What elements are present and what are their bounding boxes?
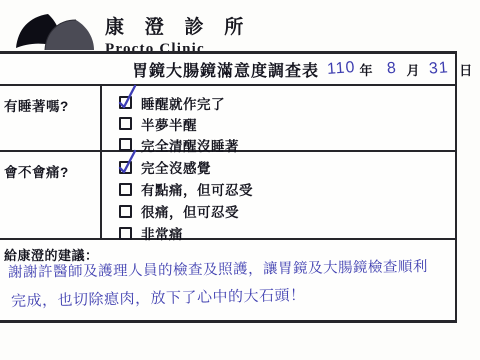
option-label: 睡醒就作完了	[141, 93, 225, 113]
question-row-sleep: 有睡著嗎? 睡醒就作完了 半夢半醒 完全清醒沒睡著	[0, 86, 455, 152]
date-year-unit: 年	[360, 60, 373, 79]
checkbox-icon	[119, 96, 132, 109]
checkbox-icon	[119, 161, 132, 174]
options-group: 睡醒就作完了 半夢半醒 完全清醒沒睡著	[102, 86, 239, 150]
checkbox-icon	[119, 205, 132, 218]
option-label: 半夢半醒	[141, 114, 197, 134]
checkbox-icon	[119, 117, 132, 130]
checkbox-icon	[119, 138, 132, 151]
option-row: 完全沒感覺	[119, 156, 253, 178]
date-day-unit: 日	[459, 60, 472, 79]
option-row: 睡醒就作完了	[119, 92, 239, 113]
suggestion-section: 給康澄的建議： 謝謝許醫師及護理人員的檢查及照護，讓胃鏡及大腸鏡檢查順利 完成，…	[0, 240, 455, 319]
question-label: 有睡著嗎?	[0, 86, 102, 150]
option-row: 半夢半醒	[119, 113, 239, 134]
option-label: 很痛，但可忍受	[141, 201, 239, 221]
option-label: 有點痛，但可忍受	[141, 179, 253, 199]
checkbox-icon	[119, 183, 132, 196]
date-month-handwritten: 8	[386, 60, 397, 79]
form-title: 胃鏡大腸鏡滿意度調查表	[132, 58, 319, 81]
option-label: 完全沒感覺	[141, 157, 211, 177]
checkmark-ink-icon	[118, 149, 138, 175]
clinic-logo-icon	[8, 10, 102, 52]
date-day-handwritten: 31	[429, 59, 450, 78]
survey-form-card: 胃鏡大腸鏡滿意度調查表 110 年 8 月 31 日 有睡著嗎? 睡醒就作完了	[0, 51, 457, 323]
checkbox-icon	[119, 227, 132, 240]
options-group: 完全沒感覺 有點痛，但可忍受 很痛，但可忍受 非常痛	[102, 152, 253, 238]
question-row-pain: 會不會痛? 完全沒感覺 有點痛，但可忍受 很痛，但可忍受	[0, 152, 455, 240]
handwriting-line-1: 謝謝許醫師及護理人員的檢查及照護，讓胃鏡及大腸鏡檢查順利	[8, 255, 428, 282]
question-label: 會不會痛?	[0, 152, 102, 238]
clinic-name-zh: 康 澄 診 所	[105, 12, 251, 39]
option-row: 有點痛，但可忍受	[119, 178, 253, 200]
scanned-survey-document: 康 澄 診 所 Procto Clinic 胃鏡大腸鏡滿意度調查表 110 年 …	[0, 0, 480, 360]
date-year-handwritten: 110	[326, 59, 356, 79]
handwriting-line-2: 完成，也切除瘜肉，放下了心中的大石頭！	[11, 284, 306, 311]
date-month-unit: 月	[406, 60, 419, 79]
checkmark-ink-icon	[118, 84, 138, 110]
option-row: 很痛，但可忍受	[119, 200, 253, 222]
title-row: 胃鏡大腸鏡滿意度調查表 110 年 8 月 31 日	[0, 54, 455, 86]
